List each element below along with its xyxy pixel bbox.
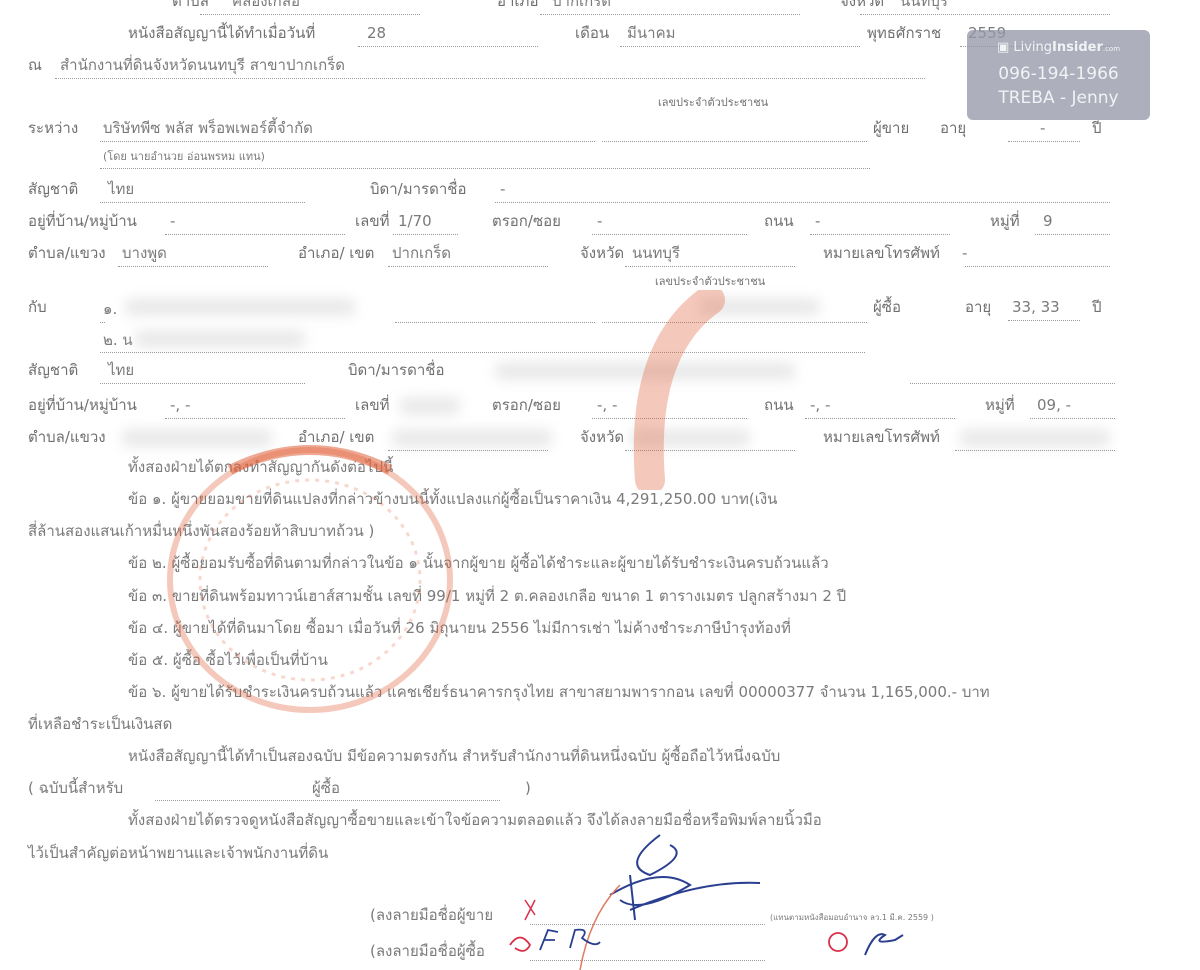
land-sale-contract-page: ตำบล คลองเกลือ อำเภอ ปากเกร็ด จังหวัด นน… <box>0 0 1200 970</box>
seller-role-label: ผู้ขาย <box>873 121 909 136</box>
dotted-line <box>100 141 595 142</box>
review-line-1: ทั้งสองฝ่ายได้ตรวจดูหนังสือสัญญาซื้อขายแ… <box>128 813 822 828</box>
dotted-line <box>540 14 800 15</box>
redacted-buyer-district <box>392 429 552 447</box>
with-label: กับ <box>28 300 47 315</box>
year-unit: ปี <box>1092 121 1102 136</box>
made-on-label: หนังสือสัญญานี้ได้ทำเมื่อวันที่ <box>128 26 315 41</box>
clause-4: ข้อ ๔. ผู้ขายได้ที่ดินมาโดย ซื้อมา เมื่อ… <box>128 621 791 636</box>
dotted-line <box>860 14 1110 15</box>
dotted-line <box>965 266 1110 267</box>
dotted-line <box>620 46 860 47</box>
clause-2: ข้อ ๒. ผู้ซื้อยอมรับซื้อที่ดินตามที่กล่า… <box>128 556 829 571</box>
clause-1-line-1: ข้อ ๑. ผู้ขายยอมขายที่ดินแปลงที่กล่าวข้า… <box>128 492 777 507</box>
seller-subdistrict-value: บางพูด <box>122 246 167 261</box>
livinginsider-watermark: ▣ LivingInsider.com 096-194-1966 TREBA -… <box>967 30 1150 120</box>
seller-moo-label: หมู่ที่ <box>990 214 1020 229</box>
dotted-line <box>910 383 1115 384</box>
buyer-2-prefix: ๒. น <box>103 333 133 348</box>
dotted-line <box>625 450 795 451</box>
amphoe-value: ปากเกร็ด <box>552 0 611 9</box>
buyer-moo-value: 09, - <box>1037 398 1071 413</box>
seller-represented-by: (โดย นายอำนวย อ่อนพรหม แทน) <box>103 151 265 162</box>
buyer-village-value: -, - <box>170 398 190 413</box>
seller-alley-label: ตรอก/ซอย <box>492 214 561 229</box>
dotted-line <box>165 418 345 419</box>
dotted-line <box>100 322 105 323</box>
buyer-role-label: ผู้ซื้อ <box>873 300 901 315</box>
redacted-buyer-province <box>630 429 750 447</box>
dotted-line <box>155 800 500 801</box>
seller-signature-label: (ลงลายมือชื่อผู้ขาย <box>370 908 493 923</box>
buyer-parents-label: บิดา/มารดาชื่อ <box>348 363 444 378</box>
watermark-phone: 096-194-1966 <box>967 64 1150 84</box>
buyer-signature-label: (ลงลายมือชื่อผู้ซื้อ <box>370 944 485 959</box>
dotted-line <box>955 450 1115 451</box>
dotted-line <box>55 78 925 79</box>
seller-district-value: ปากเกร็ด <box>392 246 451 261</box>
month-value: มีนาคม <box>627 26 676 41</box>
clause-5: ข้อ ๕. ผู้ซื้อ ซื้อไว้เพื่อเป็นที่บ้าน <box>128 653 328 668</box>
dotted-line <box>1030 418 1115 419</box>
buyer-nationality-value: ไทย <box>108 363 134 378</box>
copy-for-value: ผู้ซื้อ <box>312 781 340 796</box>
year-unit: ปี <box>1092 300 1102 315</box>
dotted-line <box>1008 320 1080 321</box>
dotted-line <box>100 168 870 169</box>
seller-signature-note: (แทนตามหนังสือมอบอำนาจ ลว.1 มี.ค. 2559 ) <box>770 914 934 922</box>
seller-signature-mark <box>520 825 800 970</box>
at-label: ณ <box>28 58 42 73</box>
buyer-nationality-label: สัญชาติ <box>28 363 78 378</box>
redacted-buyer-parents <box>495 362 795 380</box>
redacted-buyer-phone <box>960 429 1110 447</box>
dotted-line <box>388 450 548 451</box>
buyer-alley-value: -, - <box>597 398 617 413</box>
seller-moo-value: 9 <box>1043 214 1053 229</box>
dotted-line <box>395 322 595 323</box>
redacted-buyer-subdistrict <box>122 429 272 447</box>
seller-id-label: เลขประจำตัวประชาชน <box>658 97 768 108</box>
dotted-line <box>393 234 458 235</box>
province-value: นนทบุรี <box>900 0 948 9</box>
buyer-age-value: 33, 33 <box>1012 300 1060 315</box>
seller-nationality-value: ไทย <box>108 182 134 197</box>
buyer-signature-line <box>530 960 765 961</box>
dotted-line <box>625 266 795 267</box>
buyer-road-label: ถนน <box>764 398 794 413</box>
clause-1-line-2: สี่ล้านสองแสนเก้าหมื่นหนึ่งพันสองร้อยห้า… <box>28 524 374 539</box>
seller-age-label: อายุ <box>940 121 966 136</box>
dotted-line <box>1035 234 1110 235</box>
buyer-alley-label: ตรอก/ซอย <box>492 398 561 413</box>
redacted-buyer-id <box>700 298 820 316</box>
buyer-signature-mark <box>500 920 620 960</box>
redacted-buyer-2-name <box>135 330 305 348</box>
buyer-province-label: จังหวัด <box>580 430 624 445</box>
copy-for-label: ( ฉบับนี้สำหรับ <box>28 781 123 796</box>
watermark-brand: ▣ LivingInsider.com <box>967 40 1150 55</box>
province-label: จังหวัด <box>840 0 884 9</box>
buyer-district-label: อำเภอ/ เขต <box>298 430 374 445</box>
copies-statement: หนังสือสัญญานี้ได้ทำเป็นสองฉบับ มีข้อควา… <box>128 749 780 764</box>
review-line-2: ไว้เป็นสำคัญต่อหน้าพยานและเจ้าพนักงานที่… <box>28 846 328 861</box>
buyer-id-label: เลขประจำตัวประชาชน <box>655 276 765 287</box>
copy-for-close: ) <box>525 781 531 796</box>
dotted-line <box>602 141 867 142</box>
year-label: พุทธศักราช <box>867 26 941 41</box>
seller-village-label: อยู่ที่บ้าน/หมู่บ้าน <box>28 214 137 229</box>
seller-parents-value: - <box>500 182 505 197</box>
dotted-line <box>592 418 747 419</box>
clause-6-line-1: ข้อ ๖. ผู้ขายได้รับชำระเงินครบถ้วนแล้ว แ… <box>128 685 990 700</box>
buyer-house-no-label: เลขที่ <box>355 398 389 413</box>
tambon-label: ตำบล <box>172 0 209 9</box>
clauses-intro: ทั้งสองฝ่ายได้ตกลงทำสัญญากันดังต่อไปนี้ <box>128 460 393 475</box>
seller-house-no-value: 1/70 <box>398 214 432 229</box>
clause-6-line-2: ที่เหลือชำระเป็นเงินสด <box>28 717 172 732</box>
buyer-village-label: อยู่ที่บ้าน/หมู่บ้าน <box>28 398 137 413</box>
dotted-line <box>592 234 747 235</box>
seller-road-label: ถนน <box>764 214 794 229</box>
dotted-line <box>805 418 955 419</box>
seller-age-value: - <box>1040 121 1045 136</box>
dotted-line <box>1008 141 1080 142</box>
dotted-line <box>100 352 865 353</box>
dotted-line <box>358 46 538 47</box>
dotted-line <box>602 322 867 323</box>
dotted-line <box>165 234 345 235</box>
amphoe-label: อำเภอ <box>497 0 538 9</box>
seller-signature-line <box>530 924 765 925</box>
brand-logo-icon: ▣ <box>997 40 1009 55</box>
dotted-line <box>118 266 268 267</box>
between-label: ระหว่าง <box>28 121 78 136</box>
watermark-agent: TREBA - Jenny <box>967 88 1150 108</box>
month-label: เดือน <box>575 26 609 41</box>
redacted-buyer-house-no <box>400 397 460 415</box>
buyer-phone-label: หมายเลขโทรศัพท์ <box>823 430 940 445</box>
seller-nationality-label: สัญชาติ <box>28 182 78 197</box>
buyer-road-value: -, - <box>810 398 830 413</box>
dotted-line <box>100 383 305 384</box>
buyer-subdistrict-label: ตำบล/แขวง <box>28 430 106 445</box>
day-value: 28 <box>367 26 386 41</box>
seller-parents-label: บิดา/มารดาชื่อ <box>370 182 466 197</box>
seller-subdistrict-label: ตำบล/แขวง <box>28 246 106 261</box>
seller-name: บริษัทพีซ พลัส พร็อพเพอร์ตี้จำกัด <box>103 121 313 136</box>
buyer-moo-label: หมู่ที่ <box>985 398 1015 413</box>
office-value: สำนักงานที่ดินจังหวัดนนทบุรี สาขาปากเกร็… <box>60 58 345 73</box>
seller-alley-value: - <box>597 214 602 229</box>
dotted-line <box>388 266 548 267</box>
tambon-value: คลองเกลือ <box>232 0 300 9</box>
seller-house-no-label: เลขที่ <box>355 214 389 229</box>
seller-road-value: - <box>815 214 820 229</box>
seller-district-label: อำเภอ/ เขต <box>298 246 374 261</box>
dotted-line <box>100 202 305 203</box>
dotted-line <box>810 234 950 235</box>
seller-phone-label: หมายเลขโทรศัพท์ <box>823 246 940 261</box>
seller-province-label: จังหวัด <box>580 246 624 261</box>
buyer-1-prefix: ๑. <box>103 302 117 317</box>
buyer-age-label: อายุ <box>965 300 991 315</box>
dotted-line <box>495 202 1110 203</box>
dotted-line <box>200 14 420 15</box>
seller-village-value: - <box>170 214 175 229</box>
redacted-buyer-1-name <box>125 298 355 316</box>
clause-3: ข้อ ๓. ขายที่ดินพร้อมทาวน์เฮาส์สามชั้น เ… <box>128 589 846 604</box>
red-ink-smudge <box>600 290 770 490</box>
seller-phone-value: - <box>962 246 967 261</box>
seller-province-value: นนทบุรี <box>632 246 680 261</box>
witness-signature-mark <box>825 920 905 965</box>
